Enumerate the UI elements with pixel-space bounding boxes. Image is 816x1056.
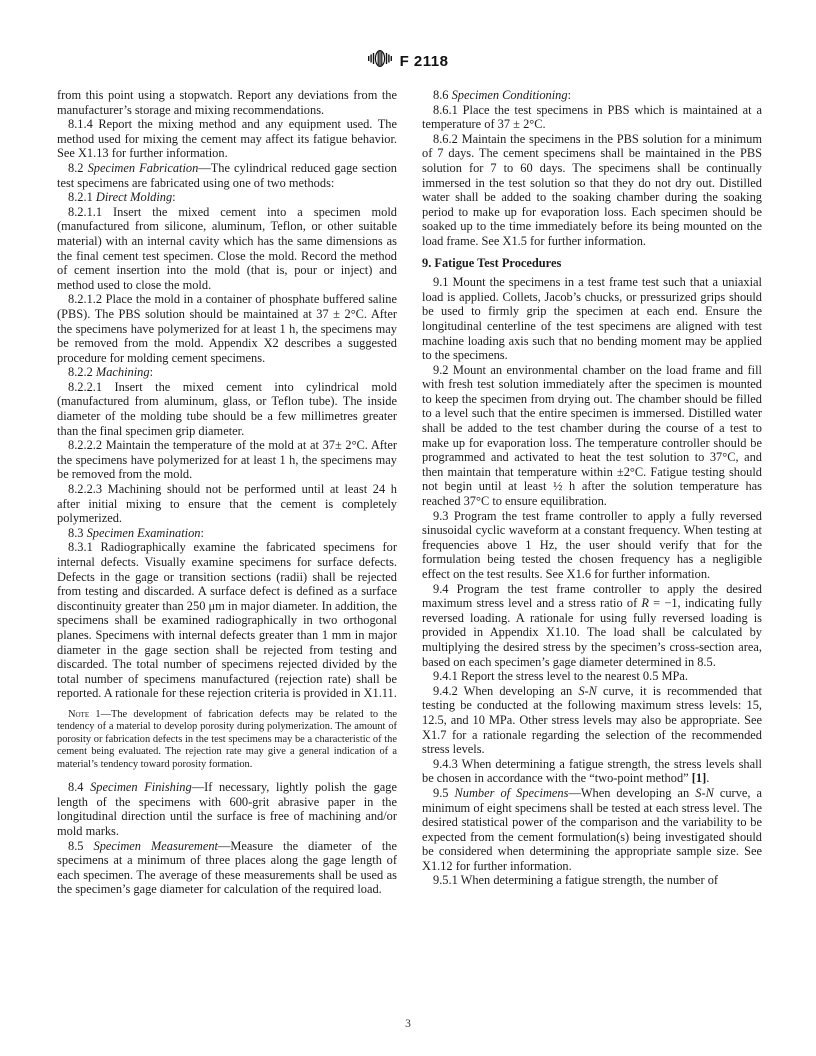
document-page: F 2118 from this point using a stopwatch… (0, 0, 816, 1056)
paragraph: 8.3.1 Radiographically examine the fabri… (57, 540, 397, 701)
paragraph: 8.2 Specimen Fabrication—The cylindrical… (57, 161, 397, 190)
astm-logo-icon (368, 50, 392, 72)
paragraph: 8.2.1.2 Place the mold in a container of… (57, 292, 397, 365)
page-header: F 2118 (0, 50, 816, 72)
section-heading: 9. Fatigue Test Procedures (422, 256, 762, 271)
left-column: from this point using a stopwatch. Repor… (57, 88, 397, 897)
page-number: 3 (405, 1018, 411, 1030)
paragraph: 8.2.1 Direct Molding: (57, 190, 397, 205)
paragraph: 8.4 Specimen Finishing—If necessary, lig… (57, 780, 397, 838)
note-paragraph: Note 1—The development of fabrication de… (57, 709, 397, 771)
paragraph: 9.1 Mount the specimens in a test frame … (422, 275, 762, 363)
right-column: 8.6 Specimen Conditioning:8.6.1 Place th… (422, 88, 762, 897)
paragraph: 9.5 Number of Specimens—When developing … (422, 786, 762, 874)
paragraph: 8.5 Specimen Measurement—Measure the dia… (57, 839, 397, 897)
paragraph: 9.4.2 When developing an S-N curve, it i… (422, 684, 762, 757)
paragraph: 8.6.2 Maintain the specimens in the PBS … (422, 132, 762, 249)
paragraph: 9.2 Mount an environmental chamber on th… (422, 363, 762, 509)
doc-code: F 2118 (400, 53, 449, 70)
document-body: from this point using a stopwatch. Repor… (57, 88, 762, 897)
paragraph: 8.2.2 Machining: (57, 365, 397, 380)
paragraph: 8.6.1 Place the test specimens in PBS wh… (422, 103, 762, 132)
paragraph: 9.5.1 When determining a fatigue strengt… (422, 873, 762, 888)
paragraph: 9.4 Program the test frame controller to… (422, 582, 762, 670)
paragraph: 8.6 Specimen Conditioning: (422, 88, 762, 103)
paragraph: 9.4.3 When determining a fatigue strengt… (422, 757, 762, 786)
paragraph: 8.2.1.1 Insert the mixed cement into a s… (57, 205, 397, 293)
paragraph: 9.4.1 Report the stress level to the nea… (422, 669, 762, 684)
paragraph: from this point using a stopwatch. Repor… (57, 88, 397, 117)
paragraph: 8.2.2.1 Insert the mixed cement into cyl… (57, 380, 397, 438)
paragraph: 9.3 Program the test frame controller to… (422, 509, 762, 582)
paragraph: 8.1.4 Report the mixing method and any e… (57, 117, 397, 161)
paragraph: 8.3 Specimen Examination: (57, 526, 397, 541)
paragraph: 8.2.2.3 Machining should not be performe… (57, 482, 397, 526)
page-footer: 3 (0, 1018, 816, 1030)
paragraph: 8.2.2.2 Maintain the temperature of the … (57, 438, 397, 482)
